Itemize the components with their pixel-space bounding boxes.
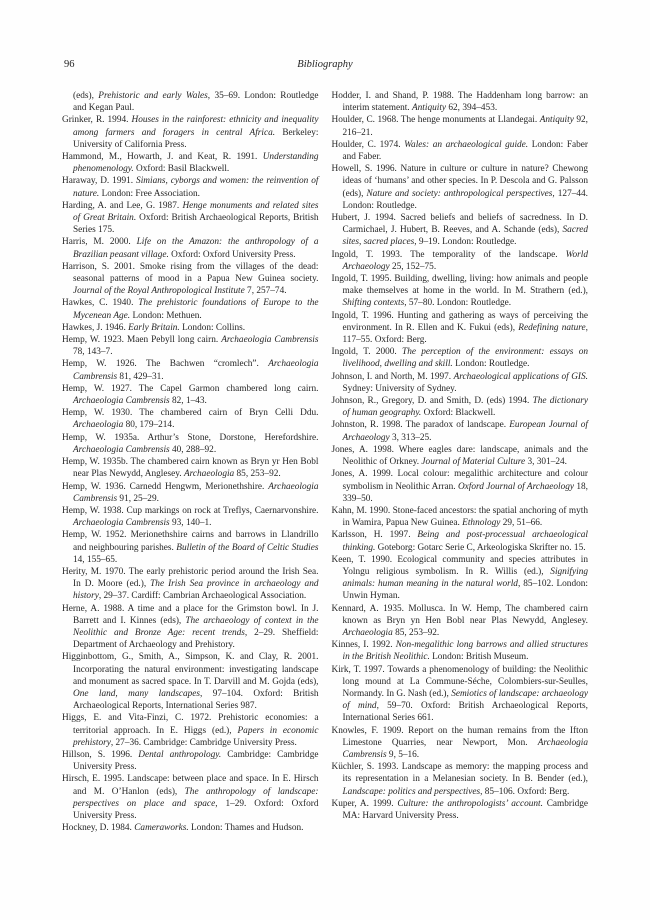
bib-entry-text-segment: London: Collins. bbox=[180, 323, 245, 333]
bib-entry-title-segment: Antiquity bbox=[412, 103, 446, 113]
bib-entry-text-segment: , 9–19. London: Routledge. bbox=[414, 237, 516, 247]
bib-entry-text-segment: Ingold, T. 2000. bbox=[332, 347, 403, 357]
bib-entry: Howell, S. 1996. Nature in culture or cu… bbox=[332, 163, 589, 212]
bib-entry-title-segment: Nature and society: anthropological pers… bbox=[366, 189, 552, 199]
bib-entry: Hawkes, J. 1946. Early Britain. London: … bbox=[62, 322, 319, 334]
bib-entry: Hemp, W. 1935a. Arthur’s Stone, Dorstone… bbox=[62, 432, 319, 456]
bib-entry: Johnston, R. 1998. The paradox of landsc… bbox=[332, 419, 589, 443]
bib-entry-text-segment: Johnson, I. and North, M. 1997. bbox=[332, 372, 454, 382]
bib-entry-text-segment: London: British Museum. bbox=[430, 652, 529, 662]
bibliography-page: 96 Bibliography (eds), Prehistoric and e… bbox=[0, 0, 650, 920]
bib-entry-text-segment: Hockney, D. 1984. bbox=[62, 823, 134, 833]
bib-entry: Grinker, R. 1994. Houses in the rainfore… bbox=[62, 114, 319, 151]
bib-entry-text-segment: Hemp, W. 1930. The chambered cairn of Br… bbox=[62, 408, 319, 418]
bib-entry-text-segment: Hemp, W. 1936. Carnedd Hengwm, Merioneth… bbox=[62, 482, 268, 492]
bib-entry-title-segment: One land, many landscapes bbox=[73, 689, 200, 699]
bib-entry-title-segment: Bulletin of the Board of Celtic Studies bbox=[176, 543, 318, 553]
bib-entry-text-segment: 14, 155–65. bbox=[73, 555, 117, 565]
bib-entry-title-segment: Archaeologia bbox=[343, 628, 393, 638]
bib-entry-text-segment: 85, 253–92. bbox=[234, 469, 280, 479]
bib-entry: Hirsch, E. 1995. Landscape: between plac… bbox=[62, 773, 319, 822]
bib-entry-text-segment: 9, 5–16. bbox=[387, 750, 420, 760]
bib-entry-text-segment: Hemp, W. 1938. Cup markings on rock at T… bbox=[62, 506, 319, 516]
page-header: 96 Bibliography bbox=[62, 58, 588, 73]
bib-entry: Ingold, T. 1993. The temporality of the … bbox=[332, 249, 589, 273]
bib-entry: Karlsson, H. 1997. Being and post-proces… bbox=[332, 529, 589, 553]
bib-entry: Kinnes, I. 1992. Non-megalithic long bar… bbox=[332, 639, 589, 663]
bib-entry-text-segment: Oxford: Basil Blackwell. bbox=[134, 164, 230, 174]
bib-entry-text-segment: 7, 257–74. bbox=[245, 286, 287, 296]
bib-entry-text-segment: 91, 25–29. bbox=[117, 494, 159, 504]
page-title: Bibliography bbox=[62, 58, 588, 72]
bib-entry: Hodder, I. and Shand, P. 1988. The Hadde… bbox=[332, 90, 589, 114]
bib-entry-text-segment: 29, 51–66. bbox=[500, 518, 542, 528]
bib-entry-text-segment: 81, 429–31. bbox=[117, 372, 163, 382]
bib-entry-text-segment: , 57–80. London: Routledge. bbox=[404, 298, 511, 308]
bib-entry: Houlder, C. 1968. The henge monuments at… bbox=[332, 114, 589, 138]
bib-entry-text-segment: 85, 253–92. bbox=[393, 628, 439, 638]
bib-entry-text-segment: 93, 140–1. bbox=[170, 518, 212, 528]
bib-entry-text-segment: Kennard, A. 1935. Mollusca. In W. Hemp, … bbox=[332, 604, 589, 626]
bib-entry: Hemp, W. 1935b. The chambered cairn know… bbox=[62, 456, 319, 480]
bib-entry: Hemp, W. 1930. The chambered cairn of Br… bbox=[62, 407, 319, 431]
bib-entry-text-segment: Hemp, W. 1926. The Bachwen “cromlech”. bbox=[62, 359, 268, 369]
bib-entry: Hemp, W. 1952. Merionethshire cairns and… bbox=[62, 529, 319, 566]
bib-entry-text-segment: Hemp, W. 1923. Maen Pebyll long cairn. bbox=[62, 335, 221, 345]
bib-entry-title-segment: Journal of Material Culture bbox=[421, 457, 525, 467]
bib-entry: Herne, A. 1988. A time and a place for t… bbox=[62, 603, 319, 652]
bib-entry: Hockney, D. 1984. Cameraworks. London: T… bbox=[62, 822, 319, 834]
bib-entry-title-segment: Wales: an archaeological guide. bbox=[404, 140, 528, 150]
bib-entry-text-segment: Hemp, W. 1927. The Capel Garmon chambere… bbox=[62, 384, 319, 394]
bib-entry: Küchler, S. 1993. Landscape as memory: t… bbox=[332, 761, 589, 798]
bib-entry-text-segment: 80, 179–214. bbox=[123, 420, 174, 430]
bib-entry-text-segment: London: Routledge. bbox=[453, 359, 530, 369]
bib-entry-title-segment: Archaeologia Cambrensis bbox=[73, 518, 170, 528]
bib-entry: Harris, M. 2000. Life on the Amazon: the… bbox=[62, 236, 319, 260]
bib-entry: Hammond, M., Howarth, J. and Keat, R. 19… bbox=[62, 151, 319, 175]
bib-entry: Hemp, W. 1927. The Capel Garmon chambere… bbox=[62, 383, 319, 407]
bib-entry-title-segment: Early Britain. bbox=[128, 323, 180, 333]
bib-entry-text-segment: Oxford: Oxford University Press. bbox=[169, 250, 296, 260]
bib-entry-text-segment: Johnson, R., Gregory, D. and Smith, D. (… bbox=[332, 396, 533, 406]
bib-entry-title-segment: Journal of the Royal Anthropological Ins… bbox=[73, 286, 245, 296]
bib-entry-text-segment: Harris, M. 2000. bbox=[62, 237, 137, 247]
bibliography-column-left: (eds), Prehistoric and early Wales, 35–6… bbox=[62, 90, 319, 834]
bib-entry: Harding, A. and Lee, G. 1987. Henge monu… bbox=[62, 200, 319, 237]
bib-entry-text-segment: Ingold, T. 1993. The temporality of the … bbox=[332, 250, 566, 260]
bibliography-column-right: Hodder, I. and Shand, P. 1988. The Hadde… bbox=[332, 90, 589, 834]
bib-entry: Jones, A. 1999. Local colour: megalithic… bbox=[332, 468, 589, 505]
bib-entry: Hemp, W. 1938. Cup markings on rock at T… bbox=[62, 505, 319, 529]
bib-entry-text-segment: 3, 313–25. bbox=[390, 433, 432, 443]
text-columns: (eds), Prehistoric and early Wales, 35–6… bbox=[62, 90, 588, 834]
bib-entry-text-segment: Haraway, D. 1991. bbox=[62, 176, 136, 186]
bib-entry-title-segment: Dental anthropology. bbox=[138, 750, 221, 760]
bib-entry-title-segment: Culture: the anthropologists’ account. bbox=[397, 799, 543, 809]
bib-entry: Hubert, J. 1994. Sacred beliefs and beli… bbox=[332, 212, 589, 249]
bib-entry: Higginbottom, G., Smith, A., Simpson, K.… bbox=[62, 651, 319, 712]
bib-entry-title-segment: Archaeologia Cambrensis bbox=[221, 335, 318, 345]
bib-entry-title-segment: Ethnology bbox=[462, 518, 500, 528]
bib-entry-text-segment: Oxford: Blackwell. bbox=[421, 408, 495, 418]
bib-entry-title-segment: Archaeologia Cambrensis bbox=[73, 445, 170, 455]
bib-entry: Harrison, S. 2001. Smoke rising from the… bbox=[62, 261, 319, 298]
bib-entry-text-segment: 78, 143–7. bbox=[73, 347, 113, 357]
bib-entry-text-segment: London: Methuen. bbox=[130, 311, 202, 321]
bib-entry-text-segment: Karlsson, H. 1997. bbox=[332, 530, 418, 540]
bib-entry-text-segment: Hillson, S. 1996. bbox=[62, 750, 138, 760]
bib-entry: Jones, A. 1998. Where eagles dare: lands… bbox=[332, 444, 589, 468]
bib-entry-text-segment: Hawkes, C. 1940. bbox=[62, 298, 138, 308]
bib-entry: Ingold, T. 1996. Hunting and gathering a… bbox=[332, 310, 589, 347]
bib-entry-text-segment: Grinker, R. 1994. bbox=[62, 115, 132, 125]
bib-entry-text-segment: London: Thames and Hudson. bbox=[189, 823, 304, 833]
bib-entry-title-segment: Shifting contexts bbox=[343, 298, 405, 308]
bib-entry-text-segment: 40, 288–92. bbox=[170, 445, 216, 455]
bib-entry-text-segment: Houlder, C. 1974. bbox=[332, 140, 405, 150]
bib-entry-text-segment: Kuper, A. 1999. bbox=[332, 799, 398, 809]
bib-entry: Johnson, I. and North, M. 1997. Archaeol… bbox=[332, 371, 589, 395]
bib-entry-text-segment: Harrison, S. 2001. Smoke rising from the… bbox=[62, 262, 319, 284]
bib-entry: Keen, T. 1990. Ecological community and … bbox=[332, 554, 589, 603]
bib-entry-text-segment: Sydney: University of Sydney. bbox=[343, 384, 457, 394]
bib-entry: Kennard, A. 1935. Mollusca. In W. Hemp, … bbox=[332, 603, 589, 640]
bib-entry: Ingold, T. 1995. Building, dwelling, liv… bbox=[332, 273, 589, 310]
bib-entry-title-segment: Oxford Journal of Archaeology bbox=[458, 482, 574, 492]
bib-entry-title-segment: Archaeologia Cambrensis bbox=[73, 396, 170, 406]
bib-entry-text-segment: 3, 301–24. bbox=[525, 457, 567, 467]
bib-entry-title-segment: Prehistoric and early Wales bbox=[98, 91, 208, 101]
bib-entry-text-segment: Kinnes, I. 1992. bbox=[332, 640, 396, 650]
bib-entry: (eds), Prehistoric and early Wales, 35–6… bbox=[62, 90, 319, 114]
bib-entry: Ingold, T. 2000. The perception of the e… bbox=[332, 346, 589, 370]
bib-entry: Hemp, W. 1923. Maen Pebyll long cairn. A… bbox=[62, 334, 319, 358]
bib-entry-text-segment: Ingold, T. 1995. Building, dwelling, liv… bbox=[332, 274, 589, 296]
bib-entry-text-segment: , 29–37. Cardiff: Cambrian Archaeologica… bbox=[99, 591, 306, 601]
bib-entry: Kahn, M. 1990. Stone-faced ancestors: th… bbox=[332, 505, 589, 529]
bib-entry-text-segment: 25, 152–75. bbox=[390, 262, 436, 272]
bib-entry: Haraway, D. 1991. Simians, cyborgs and w… bbox=[62, 175, 319, 199]
bib-entry-text-segment: Higginbottom, G., Smith, A., Simpson, K.… bbox=[62, 652, 319, 686]
bib-entry-text-segment: Hammond, M., Howarth, J. and Keat, R. 19… bbox=[62, 152, 263, 162]
bib-entry-text-segment: Kahn, M. 1990. Stone-faced ancestors: th… bbox=[332, 506, 589, 528]
bib-entry-text-segment: , 59–70. Oxford: British Archaeological … bbox=[343, 701, 589, 723]
bib-entry-text-segment: 62, 394–453. bbox=[446, 103, 497, 113]
bib-entry-title-segment: Landscape: politics and perspectives bbox=[343, 787, 481, 797]
bib-entry: Hawkes, C. 1940. The prehistoric foundat… bbox=[62, 297, 319, 321]
bib-entry-text-segment: Küchler, S. 1993. Landscape as memory: t… bbox=[332, 762, 589, 784]
bib-entry: Kirk, T. 1997. Towards a phenomenology o… bbox=[332, 664, 589, 725]
bib-entry-text-segment: (eds), bbox=[73, 91, 98, 101]
bib-entry: Hemp, W. 1926. The Bachwen “cromlech”. A… bbox=[62, 358, 319, 382]
bib-entry-title-segment: Archaeologia bbox=[73, 420, 123, 430]
bib-entry-text-segment: Goteborg: Gotarc Serie C, Arkeologiska S… bbox=[375, 543, 585, 553]
bib-entry-text-segment: , 27–36. Cambridge: Cambridge University… bbox=[111, 738, 297, 748]
bib-entry-title-segment: Archaeologia bbox=[184, 469, 234, 479]
bib-entry-text-segment: , 85–106. Oxford: Berg. bbox=[480, 787, 569, 797]
bib-entry-text-segment: London: Free Association. bbox=[99, 189, 200, 199]
bib-entry-text-segment: Hubert, J. 1994. Sacred beliefs and beli… bbox=[332, 213, 589, 235]
bib-entry: Higgs, E. and Vita-Finzi, C. 1972. Prehi… bbox=[62, 712, 319, 749]
bib-entry-title-segment: Antiquity bbox=[540, 115, 574, 125]
bib-entry: Johnson, R., Gregory, D. and Smith, D. (… bbox=[332, 395, 589, 419]
bib-entry-title-segment: Redefining nature bbox=[518, 323, 585, 333]
bib-entry-title-segment: Cameraworks. bbox=[134, 823, 189, 833]
bib-entry-text-segment: Houlder, C. 1968. The henge monuments at… bbox=[332, 115, 540, 125]
bib-entry: Kuper, A. 1999. Culture: the anthropolog… bbox=[332, 798, 589, 822]
bib-entry-text-segment: Hawkes, J. 1946. bbox=[62, 323, 128, 333]
bib-entry: Hillson, S. 1996. Dental anthropology. C… bbox=[62, 749, 319, 773]
bib-entry-text-segment: 82, 1–43. bbox=[170, 396, 207, 406]
bib-entry-text-segment: Harding, A. and Lee, G. 1987. bbox=[62, 201, 182, 211]
bib-entry-text-segment: Johnston, R. 1998. The paradox of landsc… bbox=[332, 420, 510, 430]
bib-entry: Houlder, C. 1974. Wales: an archaeologic… bbox=[332, 139, 589, 163]
bib-entry: Herity, M. 1970. The early prehistoric p… bbox=[62, 566, 319, 603]
bib-entry: Knowles, F. 1909. Report on the human re… bbox=[332, 725, 589, 762]
bib-entry-text-segment: Hemp, W. 1935a. Arthur’s Stone, Dorstone… bbox=[62, 433, 319, 443]
bib-entry: Hemp, W. 1936. Carnedd Hengwm, Merioneth… bbox=[62, 481, 319, 505]
bib-entry-title-segment: Archaeological applications of GIS. bbox=[454, 372, 588, 382]
